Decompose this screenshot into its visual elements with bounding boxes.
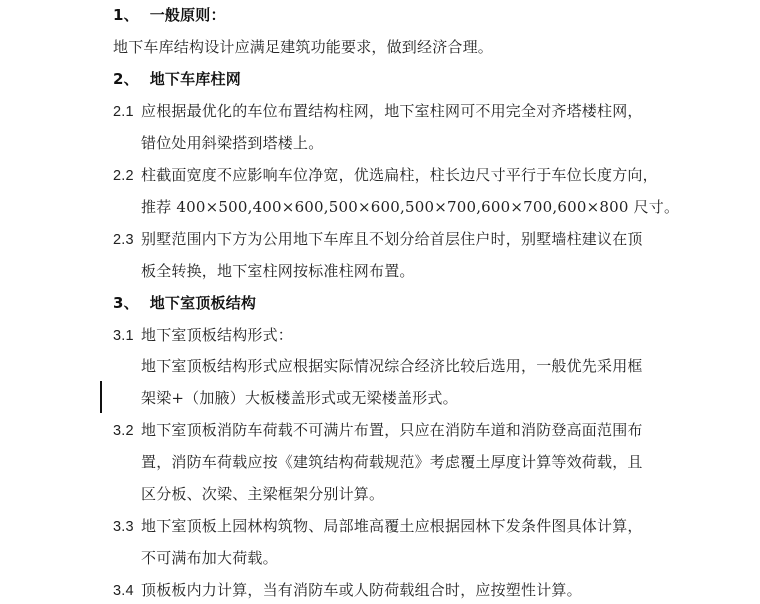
item-number: 3.1 bbox=[113, 324, 141, 348]
text-cursor-bar bbox=[100, 381, 102, 413]
item-3-3-line-1: 3.3地下室顶板上园林构筑物、局部堆高覆土应根据园林下发条件图具体计算， bbox=[113, 514, 643, 538]
item-text: 顶板板内力计算，当有消防车或人防荷载组合时，应按塑性计算。 bbox=[141, 581, 582, 599]
item-text: 地下室顶板上园林构筑物、局部堆高覆土应根据园林下发条件图具体计算， bbox=[141, 517, 643, 535]
item-3-3-line-2: 不可满布加大荷载。 bbox=[141, 546, 278, 570]
item-text: 地下室顶板结构形式： bbox=[141, 326, 293, 344]
item-2-2-line-2: 推荐 400×500,400×600,500×600,500×700,600×7… bbox=[141, 195, 679, 219]
item-text: 柱截面宽度不应影响车位净宽，优选扁柱，柱长边尺寸平行于车位长度方向， bbox=[141, 166, 658, 184]
item-text: 别墅范围内下方为公用地下车库且不划分给首层住户时，别墅墙柱建议在顶 bbox=[141, 230, 643, 248]
item-number: 3.4 bbox=[113, 579, 141, 603]
item-text: 应根据最优化的车位布置结构柱网，地下室柱网可不用完全对齐塔楼柱网， bbox=[141, 102, 643, 120]
heading-number: 1、 bbox=[113, 6, 139, 24]
item-number: 3.3 bbox=[113, 515, 141, 539]
item-2-1-line-2: 错位处用斜梁搭到塔楼上。 bbox=[141, 131, 323, 155]
item-3-4-line-1: 3.4顶板板内力计算，当有消防车或人防荷载组合时，应按塑性计算。 bbox=[113, 578, 582, 602]
section-heading-3: 3、 地下室顶板结构 bbox=[113, 291, 256, 315]
item-number: 2.2 bbox=[113, 164, 141, 188]
heading-text: 一般原则： bbox=[150, 6, 226, 24]
section-heading-1: 1、 一般原则： bbox=[113, 3, 226, 27]
item-number: 2.1 bbox=[113, 100, 141, 124]
item-2-1-line-1: 2.1应根据最优化的车位布置结构柱网，地下室柱网可不用完全对齐塔楼柱网， bbox=[113, 99, 643, 123]
heading-number: 2、 bbox=[113, 70, 139, 88]
item-2-2-line-1: 2.2柱截面宽度不应影响车位净宽，优选扁柱，柱长边尺寸平行于车位长度方向， bbox=[113, 163, 658, 187]
item-number: 2.3 bbox=[113, 228, 141, 252]
heading-text: 地下室顶板结构 bbox=[150, 294, 256, 312]
item-3-1-line-3: 架梁+（加腋）大板楼盖形式或无梁楼盖形式。 bbox=[141, 386, 458, 410]
item-3-1-line-1: 3.1地下室顶板结构形式： bbox=[113, 323, 293, 347]
item-3-2-line-3: 区分板、次梁、主梁框架分别计算。 bbox=[141, 482, 384, 506]
section-heading-2: 2、 地下车库柱网 bbox=[113, 67, 241, 91]
item-3-2-line-2: 置，消防车荷载应按《建筑结构荷载规范》考虑覆土厚度计算等效荷载，且 bbox=[141, 450, 643, 474]
document-page: 1、 一般原则： 地下车库结构设计应满足建筑功能要求，做到经济合理。 2、 地下… bbox=[0, 0, 760, 604]
item-text: 地下室顶板消防车荷载不可满片布置，只应在消防车道和消防登高面范围布 bbox=[141, 421, 643, 439]
paragraph-line: 地下车库结构设计应满足建筑功能要求，做到经济合理。 bbox=[113, 35, 493, 59]
heading-text: 地下车库柱网 bbox=[150, 70, 241, 88]
item-3-1-line-2: 地下室顶板结构形式应根据实际情况综合经济比较后选用，一般优先采用框 bbox=[141, 354, 643, 378]
item-number: 3.2 bbox=[113, 419, 141, 443]
heading-number: 3、 bbox=[113, 294, 139, 312]
item-2-3-line-1: 2.3别墅范围内下方为公用地下车库且不划分给首层住户时，别墅墙柱建议在顶 bbox=[113, 227, 643, 251]
item-2-3-line-2: 板全转换，地下室柱网按标准柱网布置。 bbox=[141, 259, 415, 283]
item-3-2-line-1: 3.2地下室顶板消防车荷载不可满片布置，只应在消防车道和消防登高面范围布 bbox=[113, 418, 643, 442]
